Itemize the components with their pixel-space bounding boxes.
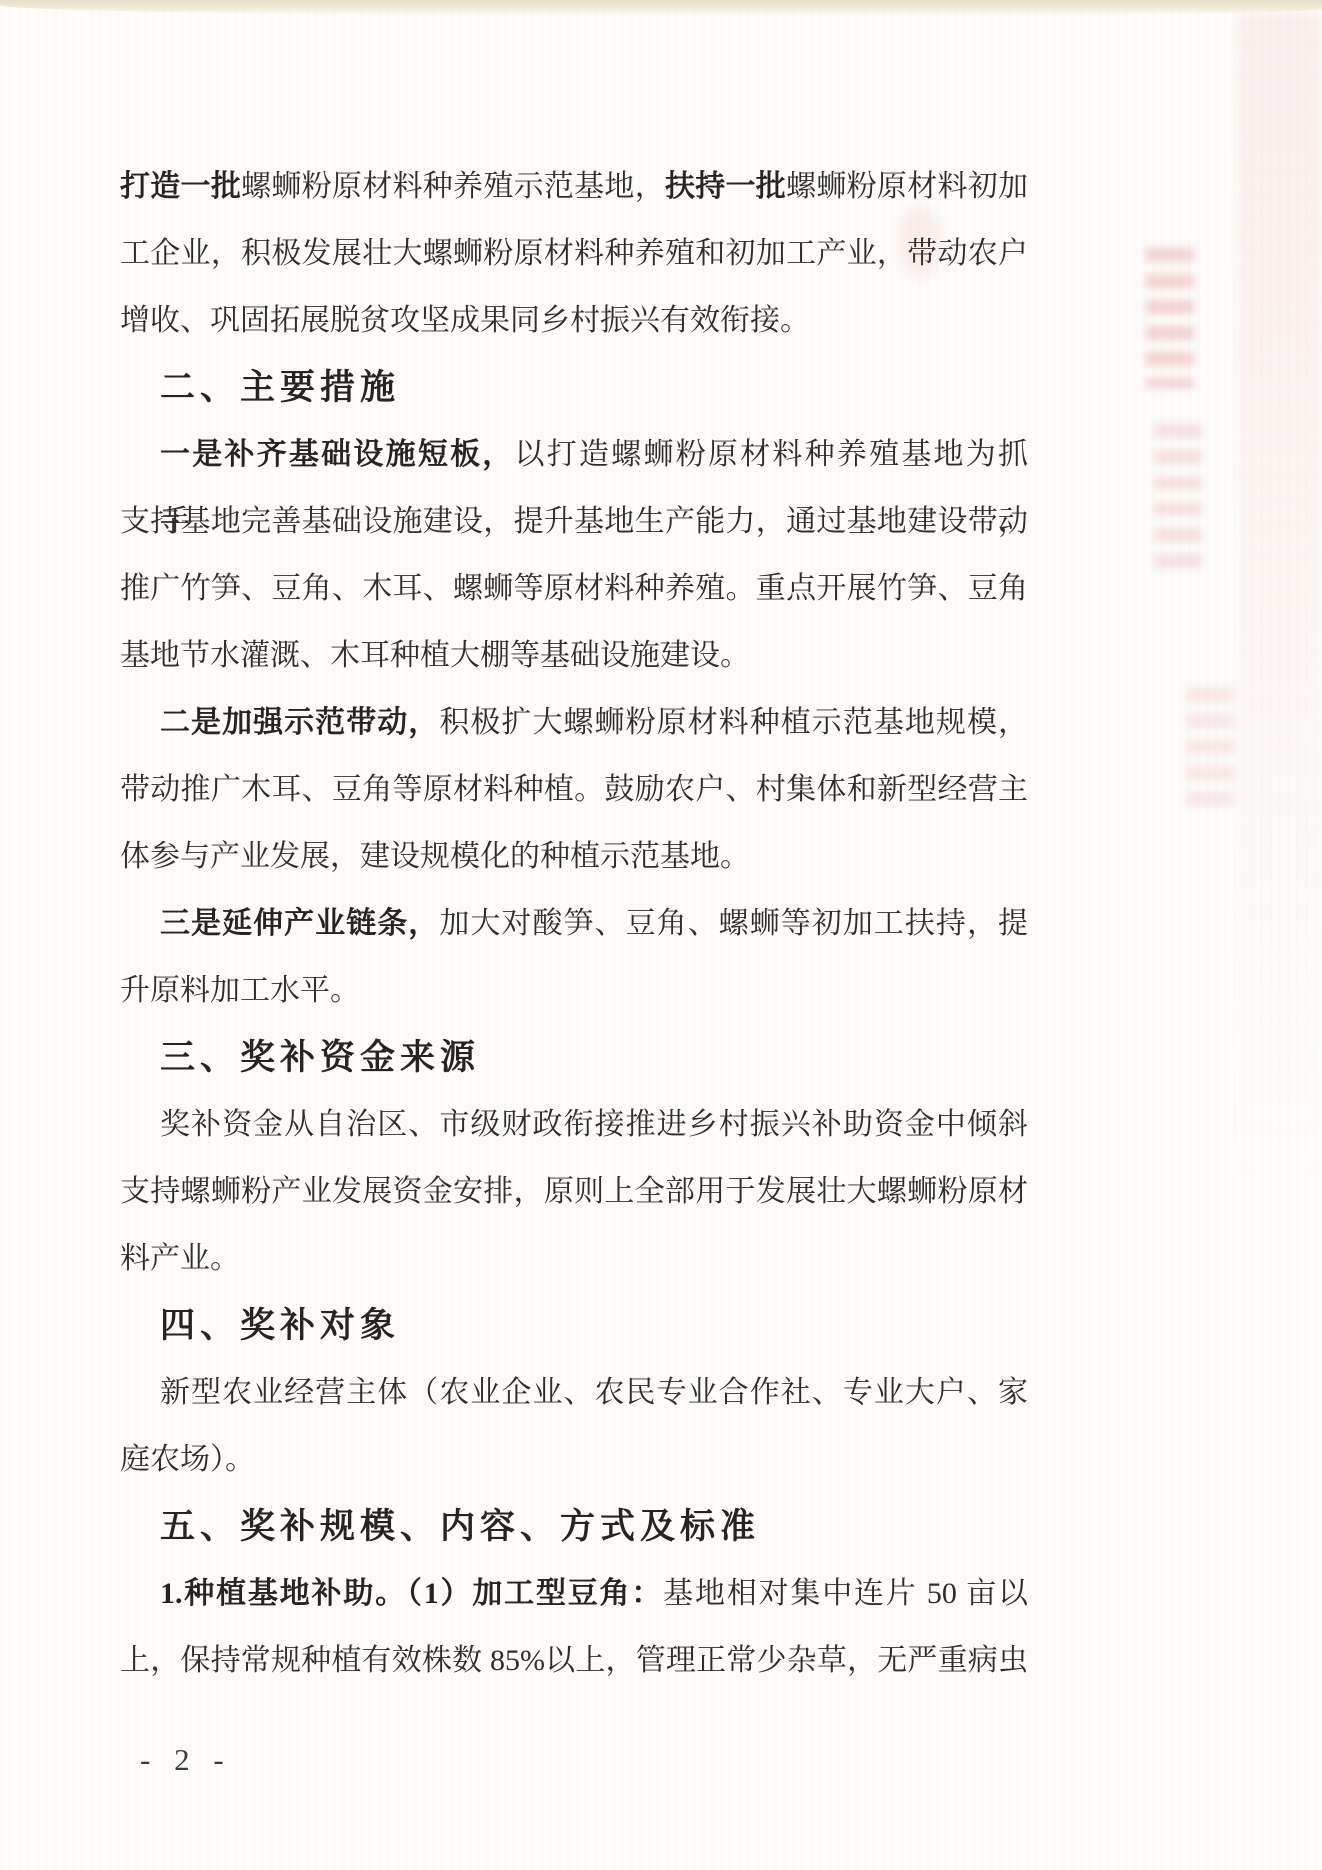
bold-run: 三、奖补资金来源 (160, 1038, 480, 1077)
bold-run: 四、奖补对象 (160, 1306, 400, 1345)
text-run: 基地相对集中连片 50 亩以 (663, 1577, 1028, 1610)
text-line: 支持基地完善基础设施建设，提升基地生产能力，通过基地建设带动 (120, 488, 1028, 555)
text-run: 上，保持常规种植有效株数 85%以上，管理正常少杂草，无严重病虫 (120, 1644, 1028, 1677)
text-run: 增收、巩固拓展脱贫攻坚成果同乡村振兴有效衔接。 (120, 304, 810, 337)
text-run: 推广竹笋、豆角、木耳、螺蛳等原材料种养殖。重点开展竹笋、豆角 (120, 572, 1028, 605)
text-line: 上，保持常规种植有效株数 85%以上，管理正常少杂草，无严重病虫 (120, 1627, 1028, 1694)
text-run: 支持基地完善基础设施建设，提升基地生产能力，通过基地建设带动 (120, 505, 1028, 538)
bold-run: 打造一批 (120, 170, 241, 203)
text-run: 料产业。 (120, 1242, 240, 1275)
text-run: 庭农场）。 (120, 1443, 255, 1476)
bold-run: 三是延伸产业链条， (160, 907, 439, 940)
bold-run: 二、主要措施 (160, 368, 400, 407)
bold-run: 一是补齐基础设施短板， (160, 438, 515, 471)
bleed-through-wash (1238, 14, 1322, 1194)
text-run: 基地节水灌溉、木耳种植大棚等基础设施建设。 (120, 639, 750, 672)
text-line: 升原料加工水平。 (120, 957, 1028, 1024)
text-line: 工企业，积极发展壮大螺蛳粉原材料种养殖和初加工产业，带动农户 (120, 220, 1028, 287)
text-line: 打造一批螺蛳粉原材料种养殖示范基地，扶持一批螺蛳粉原材料初加 (120, 153, 1028, 220)
section-heading: 五、奖补规模、内容、方式及标准 (120, 1493, 1028, 1560)
text-line: 增收、巩固拓展脱贫攻坚成果同乡村振兴有效衔接。 (120, 287, 1028, 354)
text-line: 料产业。 (120, 1225, 1028, 1292)
text-run: 工企业，积极发展壮大螺蛳粉原材料种养殖和初加工产业，带动农户 (120, 237, 1028, 270)
text-line: 新型农业经营主体（农业企业、农民专业合作社、专业大户、家 (120, 1359, 1028, 1426)
scanned-page: 打造一批螺蛳粉原材料种养殖示范基地，扶持一批螺蛳粉原材料初加工企业，积极发展壮大… (0, 0, 1322, 1870)
scan-edge-top (0, 0, 1322, 15)
page-number: - 2 - (140, 1742, 226, 1778)
text-line: 1.种植基地补助。（1）加工型豆角：基地相对集中连片 50 亩以 (120, 1560, 1028, 1627)
text-run: 带动推广木耳、豆角等原材料种植。鼓励农户、村集体和新型经营主 (120, 773, 1028, 806)
text-line: 带动推广木耳、豆角等原材料种植。鼓励农户、村集体和新型经营主 (120, 756, 1028, 823)
text-run: 积极扩大螺蛳粉原材料种植示范基地规模， (439, 706, 1028, 739)
text-run: 新型农业经营主体（农业企业、农民专业合作社、专业大户、家 (160, 1376, 1028, 1409)
section-heading: 三、奖补资金来源 (120, 1024, 1028, 1091)
text-line: 一是补齐基础设施短板，以打造螺蛳粉原材料种养殖基地为抓手， (120, 421, 1028, 488)
text-run: 螺蛳粉原材料种养殖示范基地， (241, 170, 665, 203)
bold-run: 1.种植基地补助。（1）加工型豆角： (160, 1577, 663, 1610)
text-run: 体参与产业发展，建设规模化的种植示范基地。 (120, 840, 750, 873)
text-line: 二是加强示范带动，积极扩大螺蛳粉原材料种植示范基地规模， (120, 689, 1028, 756)
text-run: 加大对酸笋、豆角、螺蛳等初加工扶持，提 (439, 907, 1028, 940)
bold-run: 五、奖补规模、内容、方式及标准 (160, 1507, 760, 1546)
text-line: 三是延伸产业链条，加大对酸笋、豆角、螺蛳等初加工扶持，提 (120, 890, 1028, 957)
text-line: 支持螺蛳粉产业发展资金安排，原则上全部用于发展壮大螺蛳粉原材 (120, 1158, 1028, 1225)
bleed-through-mark (1146, 248, 1194, 388)
bold-run: 扶持一批 (665, 170, 786, 203)
text-run: 支持螺蛳粉产业发展资金安排，原则上全部用于发展壮大螺蛳粉原材 (120, 1175, 1028, 1208)
text-line: 奖补资金从自治区、市级财政衔接推进乡村振兴补助资金中倾斜 (120, 1091, 1028, 1158)
text-line: 推广竹笋、豆角、木耳、螺蛳等原材料种养殖。重点开展竹笋、豆角 (120, 555, 1028, 622)
bold-run: 二是加强示范带动， (160, 706, 439, 739)
text-run: 螺蛳粉原材料初加 (786, 170, 1028, 203)
text-line: 庭农场）。 (120, 1426, 1028, 1493)
bleed-through-mark (1186, 688, 1234, 808)
text-run: 奖补资金从自治区、市级财政衔接推进乡村振兴补助资金中倾斜 (160, 1108, 1028, 1141)
section-heading: 二、主要措施 (120, 354, 1028, 421)
text-line: 体参与产业发展，建设规模化的种植示范基地。 (120, 823, 1028, 890)
text-line: 基地节水灌溉、木耳种植大棚等基础设施建设。 (120, 622, 1028, 689)
section-heading: 四、奖补对象 (120, 1292, 1028, 1359)
document-body: 打造一批螺蛳粉原材料种养殖示范基地，扶持一批螺蛳粉原材料初加工企业，积极发展壮大… (120, 153, 1028, 1694)
bleed-through-mark (1154, 424, 1202, 574)
text-run: 升原料加工水平。 (120, 974, 360, 1007)
